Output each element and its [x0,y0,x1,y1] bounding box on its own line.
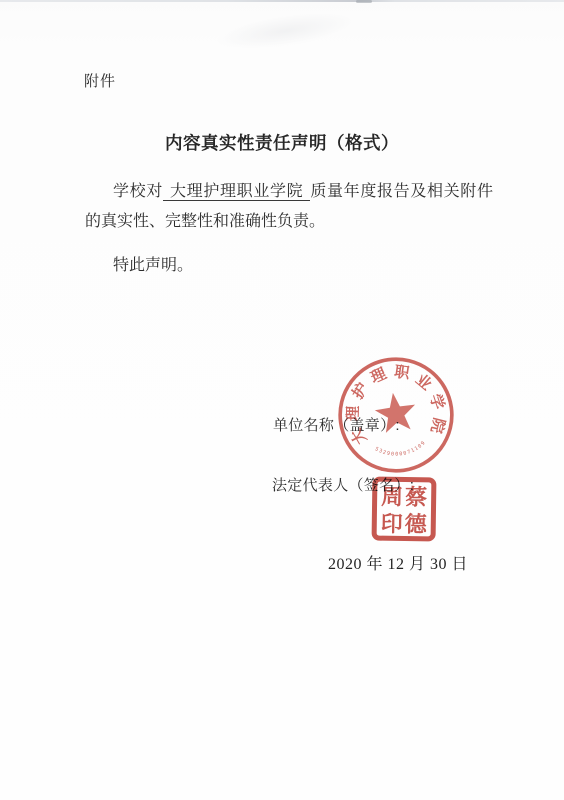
scan-edge-artifact [0,0,564,2]
scan-mark-artifact [356,0,372,3]
scan-smudge-artifact [214,6,357,55]
seal-code-number: 5329000071109 [373,439,429,461]
date-line: 2020 年 12 月 30 日 [328,551,468,574]
square-name-seal: 周 蔡 印 德 [371,476,438,543]
seal-star-icon [373,390,419,434]
round-official-seal: 大 理 护 理 职 业 学 院 5329000071109 [321,340,470,489]
seal-ring-char: 理 [368,365,390,387]
document-title: 内容真实性责任声明（格式） [0,130,564,155]
svg-text:5329000071109: 5329000071109 [373,439,429,461]
seal-ring-char: 院 [427,416,448,436]
square-seal-char: 周 [381,484,403,509]
square-seal-char: 德 [405,512,428,537]
body-text-prefix: 学校对 [113,183,163,200]
attachment-label: 附件 [84,70,116,91]
seal-ring-char: 职 [393,363,411,382]
seal-ring-char: 大 [348,425,371,447]
body-paragraph: 学校对大理护理职业学院质量年度报告及相关附件的真实性、完整性和准确性负责。 [85,177,493,237]
seal-ring-char: 理 [345,405,363,422]
scanned-document-page: 附件 内容真实性责任声明（格式） 学校对大理护理职业学院质量年度报告及相关附件的… [0,0,564,800]
school-name-underlined: 大理护理职业学院 [163,183,310,201]
declaration-line: 特此声明。 [85,252,385,275]
square-seal-char: 蔡 [405,485,427,510]
square-seal-char: 印 [381,511,403,536]
seal-ring-char: 学 [426,392,448,413]
